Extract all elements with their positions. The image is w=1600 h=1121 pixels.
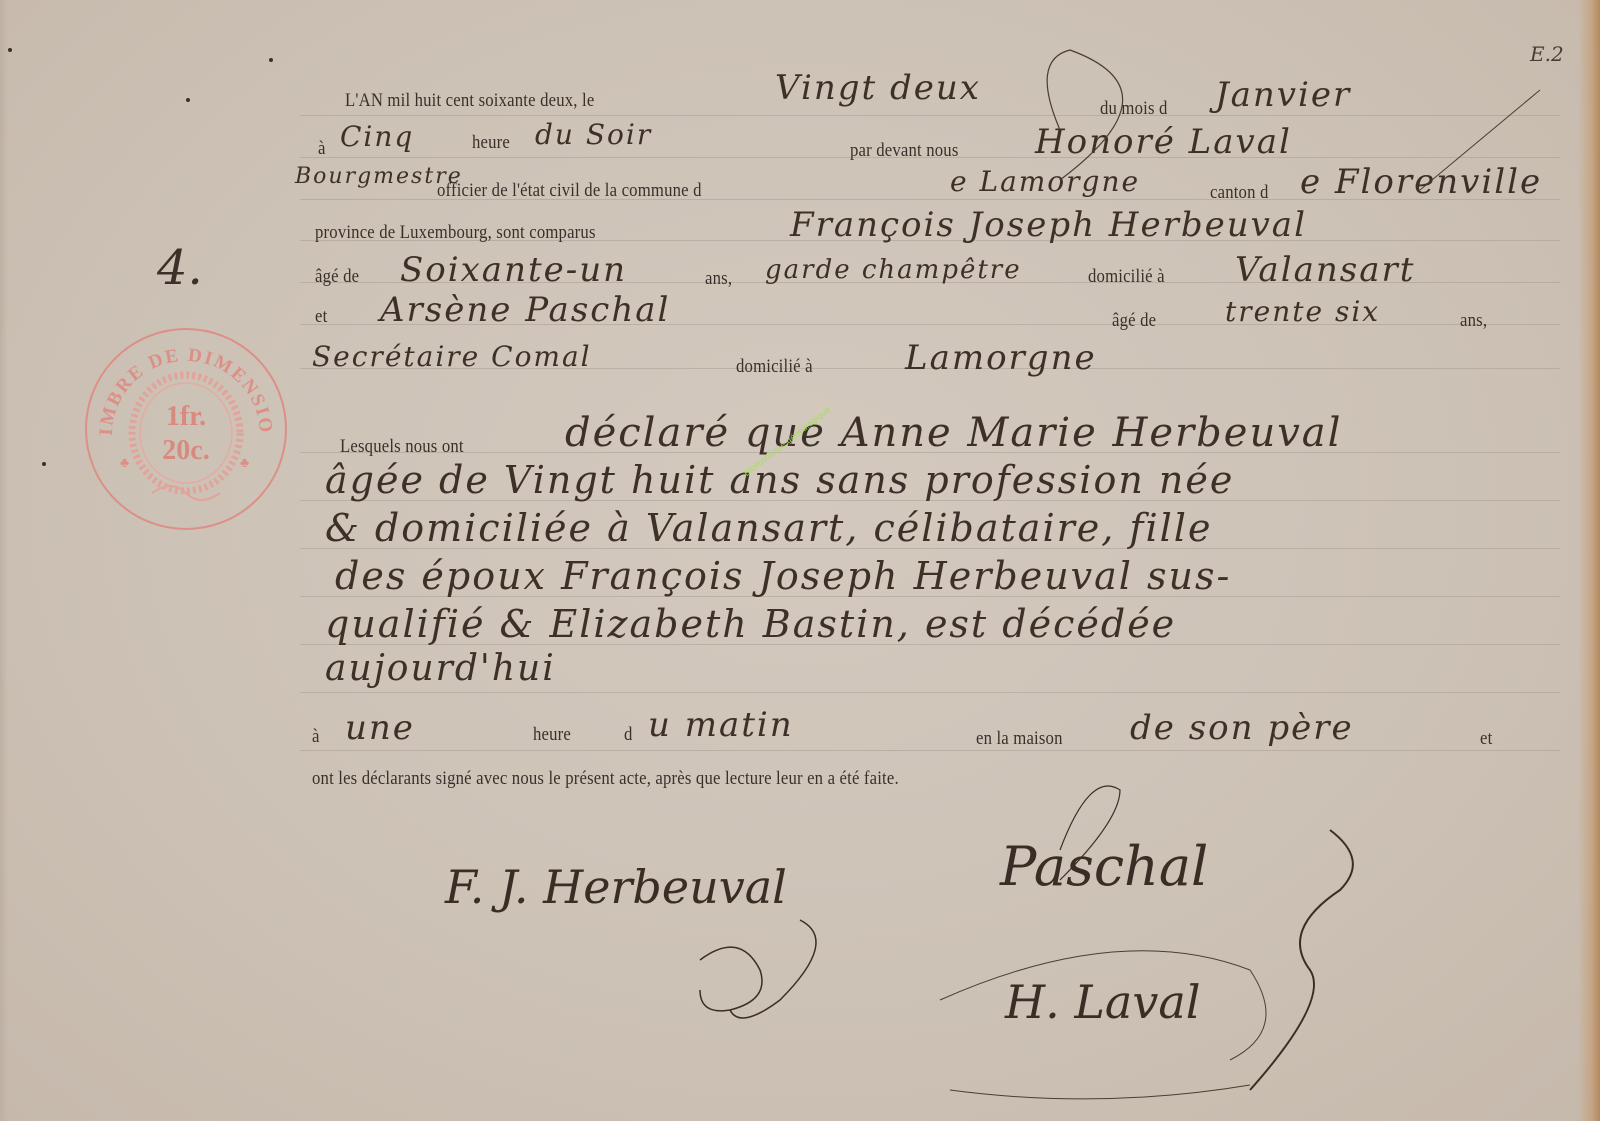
register-page: E.2 4. TIMBRE DE DIMENSION ♣ ♣ 1fr. 20c.… xyxy=(0,0,1600,1121)
paper-speck xyxy=(269,58,273,62)
paper-speck xyxy=(42,462,46,466)
signature-flourishes xyxy=(0,0,1600,1121)
paper-speck xyxy=(186,98,190,102)
paper-speck xyxy=(8,48,12,52)
